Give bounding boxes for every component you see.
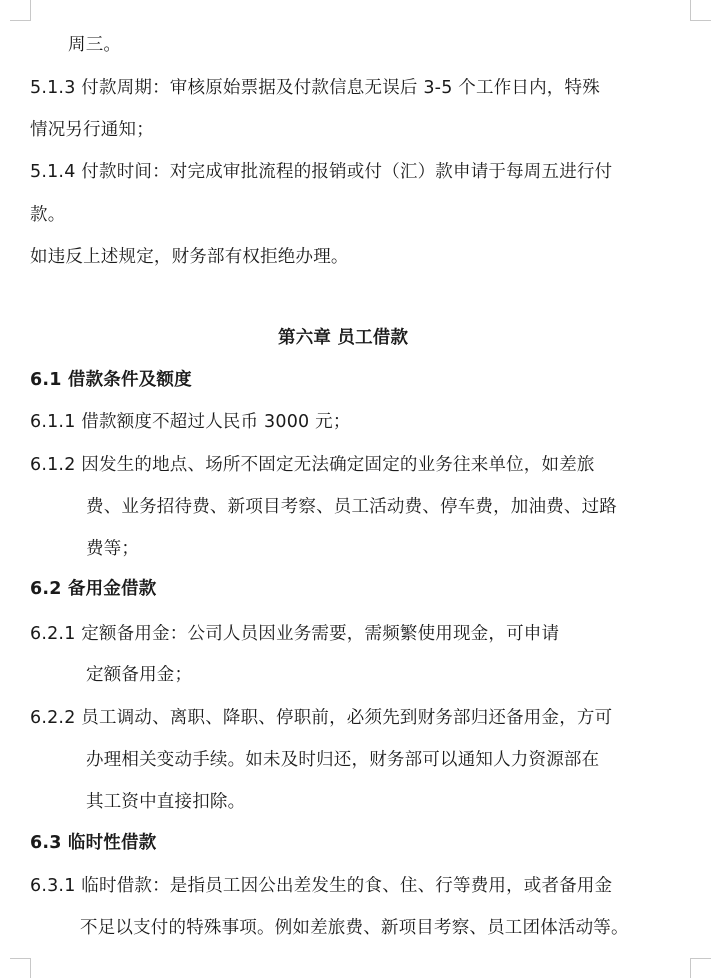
page-corner-bottom-right — [690, 958, 711, 978]
chapter-title: 第六章 员工借款 — [278, 326, 408, 350]
section-heading-6-1: 6.1 借款条件及额度 — [30, 368, 192, 392]
clause-5-1-3: 5.1.3 付款周期：审核原始票据及付款信息无误后 3-5 个工作日内，特殊 — [30, 76, 600, 100]
violation-note: 如违反上述规定，财务部有权拒绝办理。 — [30, 245, 349, 269]
page-corner-top-left — [10, 0, 31, 21]
page-corner-top-right — [690, 0, 711, 21]
section-heading-6-3: 6.3 临时性借款 — [30, 831, 156, 855]
clause-6-1-2-cont: 费等； — [86, 537, 139, 561]
clause-6-3-1-cont: 不足以支付的特殊事项。例如差旅费、新项目考察、员工团体活动等。 — [80, 916, 629, 940]
clause-6-2-2: 6.2.2 员工调动、离职、降职、停职前，必须先到财务部归还备用金，方可 — [30, 706, 612, 730]
clause-6-1-1: 6.1.1 借款额度不超过人民币 3000 元； — [30, 410, 351, 434]
clause-6-2-1-cont: 定额备用金； — [86, 663, 192, 687]
clause-6-2-2-cont: 办理相关变动手续。如未及时归还，财务部可以通知人力资源部在 — [86, 748, 599, 772]
clause-6-1-2-cont: 费、业务招待费、新项目考察、员工活动费、停车费，加油费、过路 — [86, 495, 617, 519]
clause-5-1-4: 5.1.4 付款时间：对完成审批流程的报销或付（汇）款申请于每周五进行付 — [30, 160, 612, 184]
clause-6-2-2-cont: 其工资中直接扣除。 — [86, 790, 245, 814]
clause-6-2-1: 6.2.1 定额备用金：公司人员因业务需要，需频繁使用现金，可申请 — [30, 622, 559, 646]
text-line: 周三。 — [68, 33, 121, 57]
clause-6-1-2: 6.1.2 因发生的地点、场所不固定无法确定固定的业务往来单位，如差旅 — [30, 453, 595, 477]
clause-6-3-1: 6.3.1 临时借款：是指员工因公出差发生的食、住、行等费用，或者备用金 — [30, 874, 612, 898]
section-heading-6-2: 6.2 备用金借款 — [30, 577, 156, 601]
clause-5-1-4-cont: 款。 — [30, 203, 65, 227]
clause-5-1-3-cont: 情况另行通知； — [30, 118, 154, 142]
page-corner-bottom-left — [10, 958, 31, 978]
